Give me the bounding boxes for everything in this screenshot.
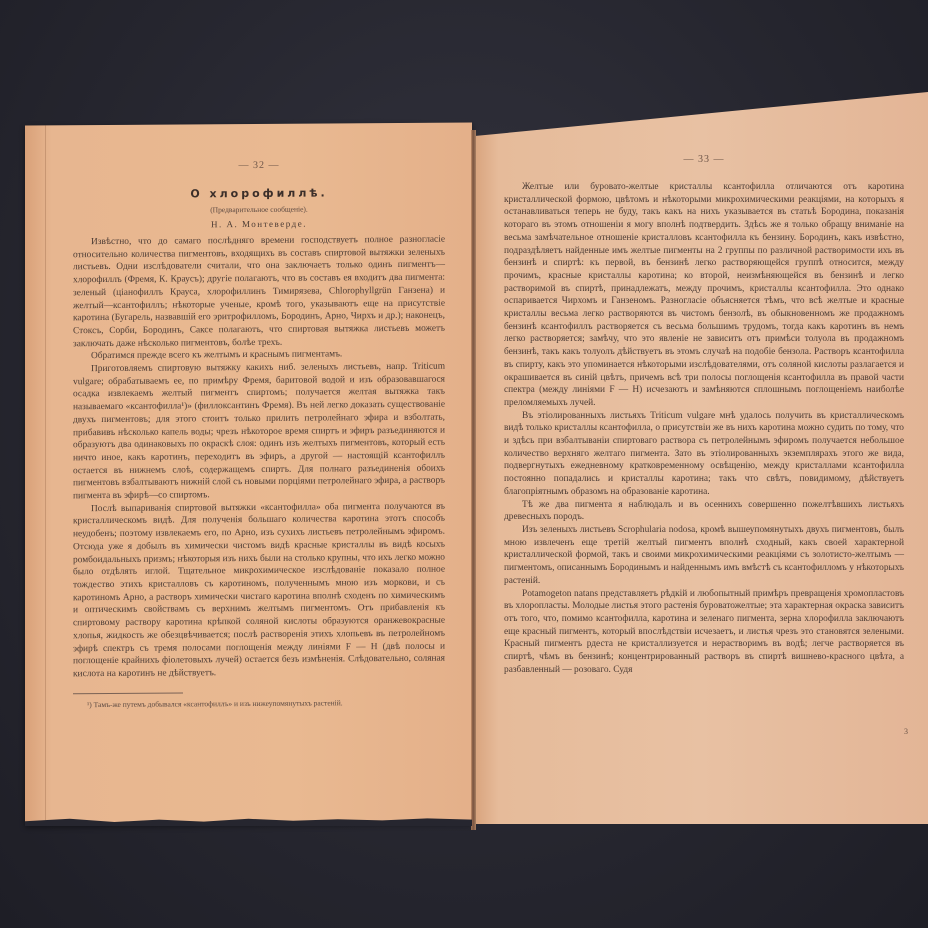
- paragraph: Изъ зеленыхъ листьевъ Scrophularia nodos…: [504, 524, 904, 588]
- paragraph: Послѣ выпариванія спиртовой вытяжки «кса…: [73, 500, 445, 680]
- paragraph: Potamogeton natans представляетъ рѣдкій …: [504, 588, 904, 677]
- paragraph: Въ этіолированныхъ листьяхъ Triticum vul…: [504, 410, 904, 499]
- page-number-33: — 33 —: [504, 154, 904, 165]
- paragraph: Приготовляемъ спиртовую вытяжку какихъ н…: [73, 361, 445, 503]
- article-subtitle: (Предварительное сообщеніе).: [73, 204, 445, 216]
- left-page: — 32 — О хлорофиллѣ. (Предварительное со…: [25, 122, 472, 825]
- right-body-text: Желтые или буровато-желтые кристаллы кса…: [504, 181, 904, 676]
- paragraph: Извѣстно, что до самаго послѣдняго време…: [73, 234, 445, 351]
- page-number-32: — 32 —: [73, 159, 445, 173]
- article-title: О хлорофиллѣ.: [73, 186, 445, 202]
- footnote: ¹) Тамъ-же путемъ добывался «ксантофиллъ…: [73, 697, 445, 709]
- article-author: Н. А. Монтеверде.: [73, 218, 445, 231]
- left-page-content: — 32 — О хлорофиллѣ. (Предварительное со…: [73, 159, 445, 709]
- footnote-divider: [73, 692, 183, 694]
- paragraph: Тѣ же два пигмента я наблюдалъ и въ осен…: [504, 499, 904, 524]
- paragraph: Желтые или буровато-желтые кристаллы кса…: [504, 181, 904, 410]
- right-page-content: — 33 — Желтые или буровато-желтые криста…: [504, 154, 904, 676]
- book-spine: [471, 130, 476, 830]
- signature-mark: 3: [904, 727, 908, 736]
- right-page: — 33 — Желтые или буровато-желтые криста…: [476, 92, 928, 824]
- left-body-text: Извѣстно, что до самаго послѣдняго време…: [73, 234, 445, 681]
